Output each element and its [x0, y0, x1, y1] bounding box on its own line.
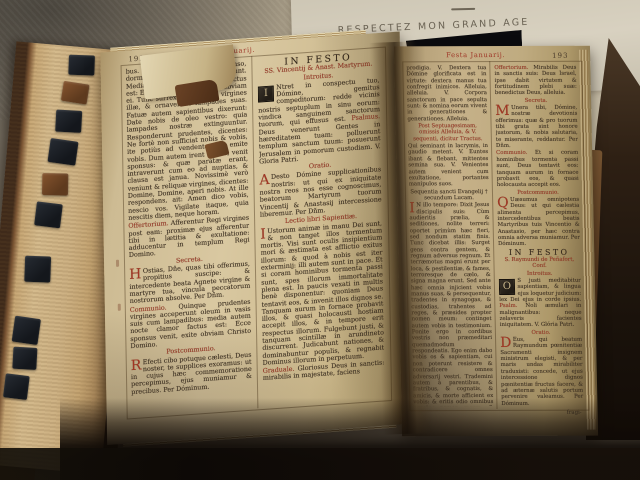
thumb-tab [61, 81, 90, 105]
thumb-tab [68, 55, 95, 76]
thumb-tab [47, 138, 78, 166]
sign-dash [451, 8, 475, 11]
thumb-tab [12, 316, 41, 345]
thumb-tab [55, 110, 82, 133]
thumb-tab [42, 173, 68, 195]
page-shading [394, 46, 598, 437]
thumb-tab [34, 201, 63, 228]
photo-antique-missal: DE NE PAS ME TOUCHER RESPECTEZ MON GRAND… [0, 0, 640, 480]
thumb-tab [24, 256, 51, 283]
dark-table-edge [0, 448, 640, 480]
right-page: Festa Januarij. 193 prodigia. V. Dextera… [394, 46, 598, 437]
thumb-tab [3, 373, 30, 400]
thumb-tab [12, 347, 37, 370]
